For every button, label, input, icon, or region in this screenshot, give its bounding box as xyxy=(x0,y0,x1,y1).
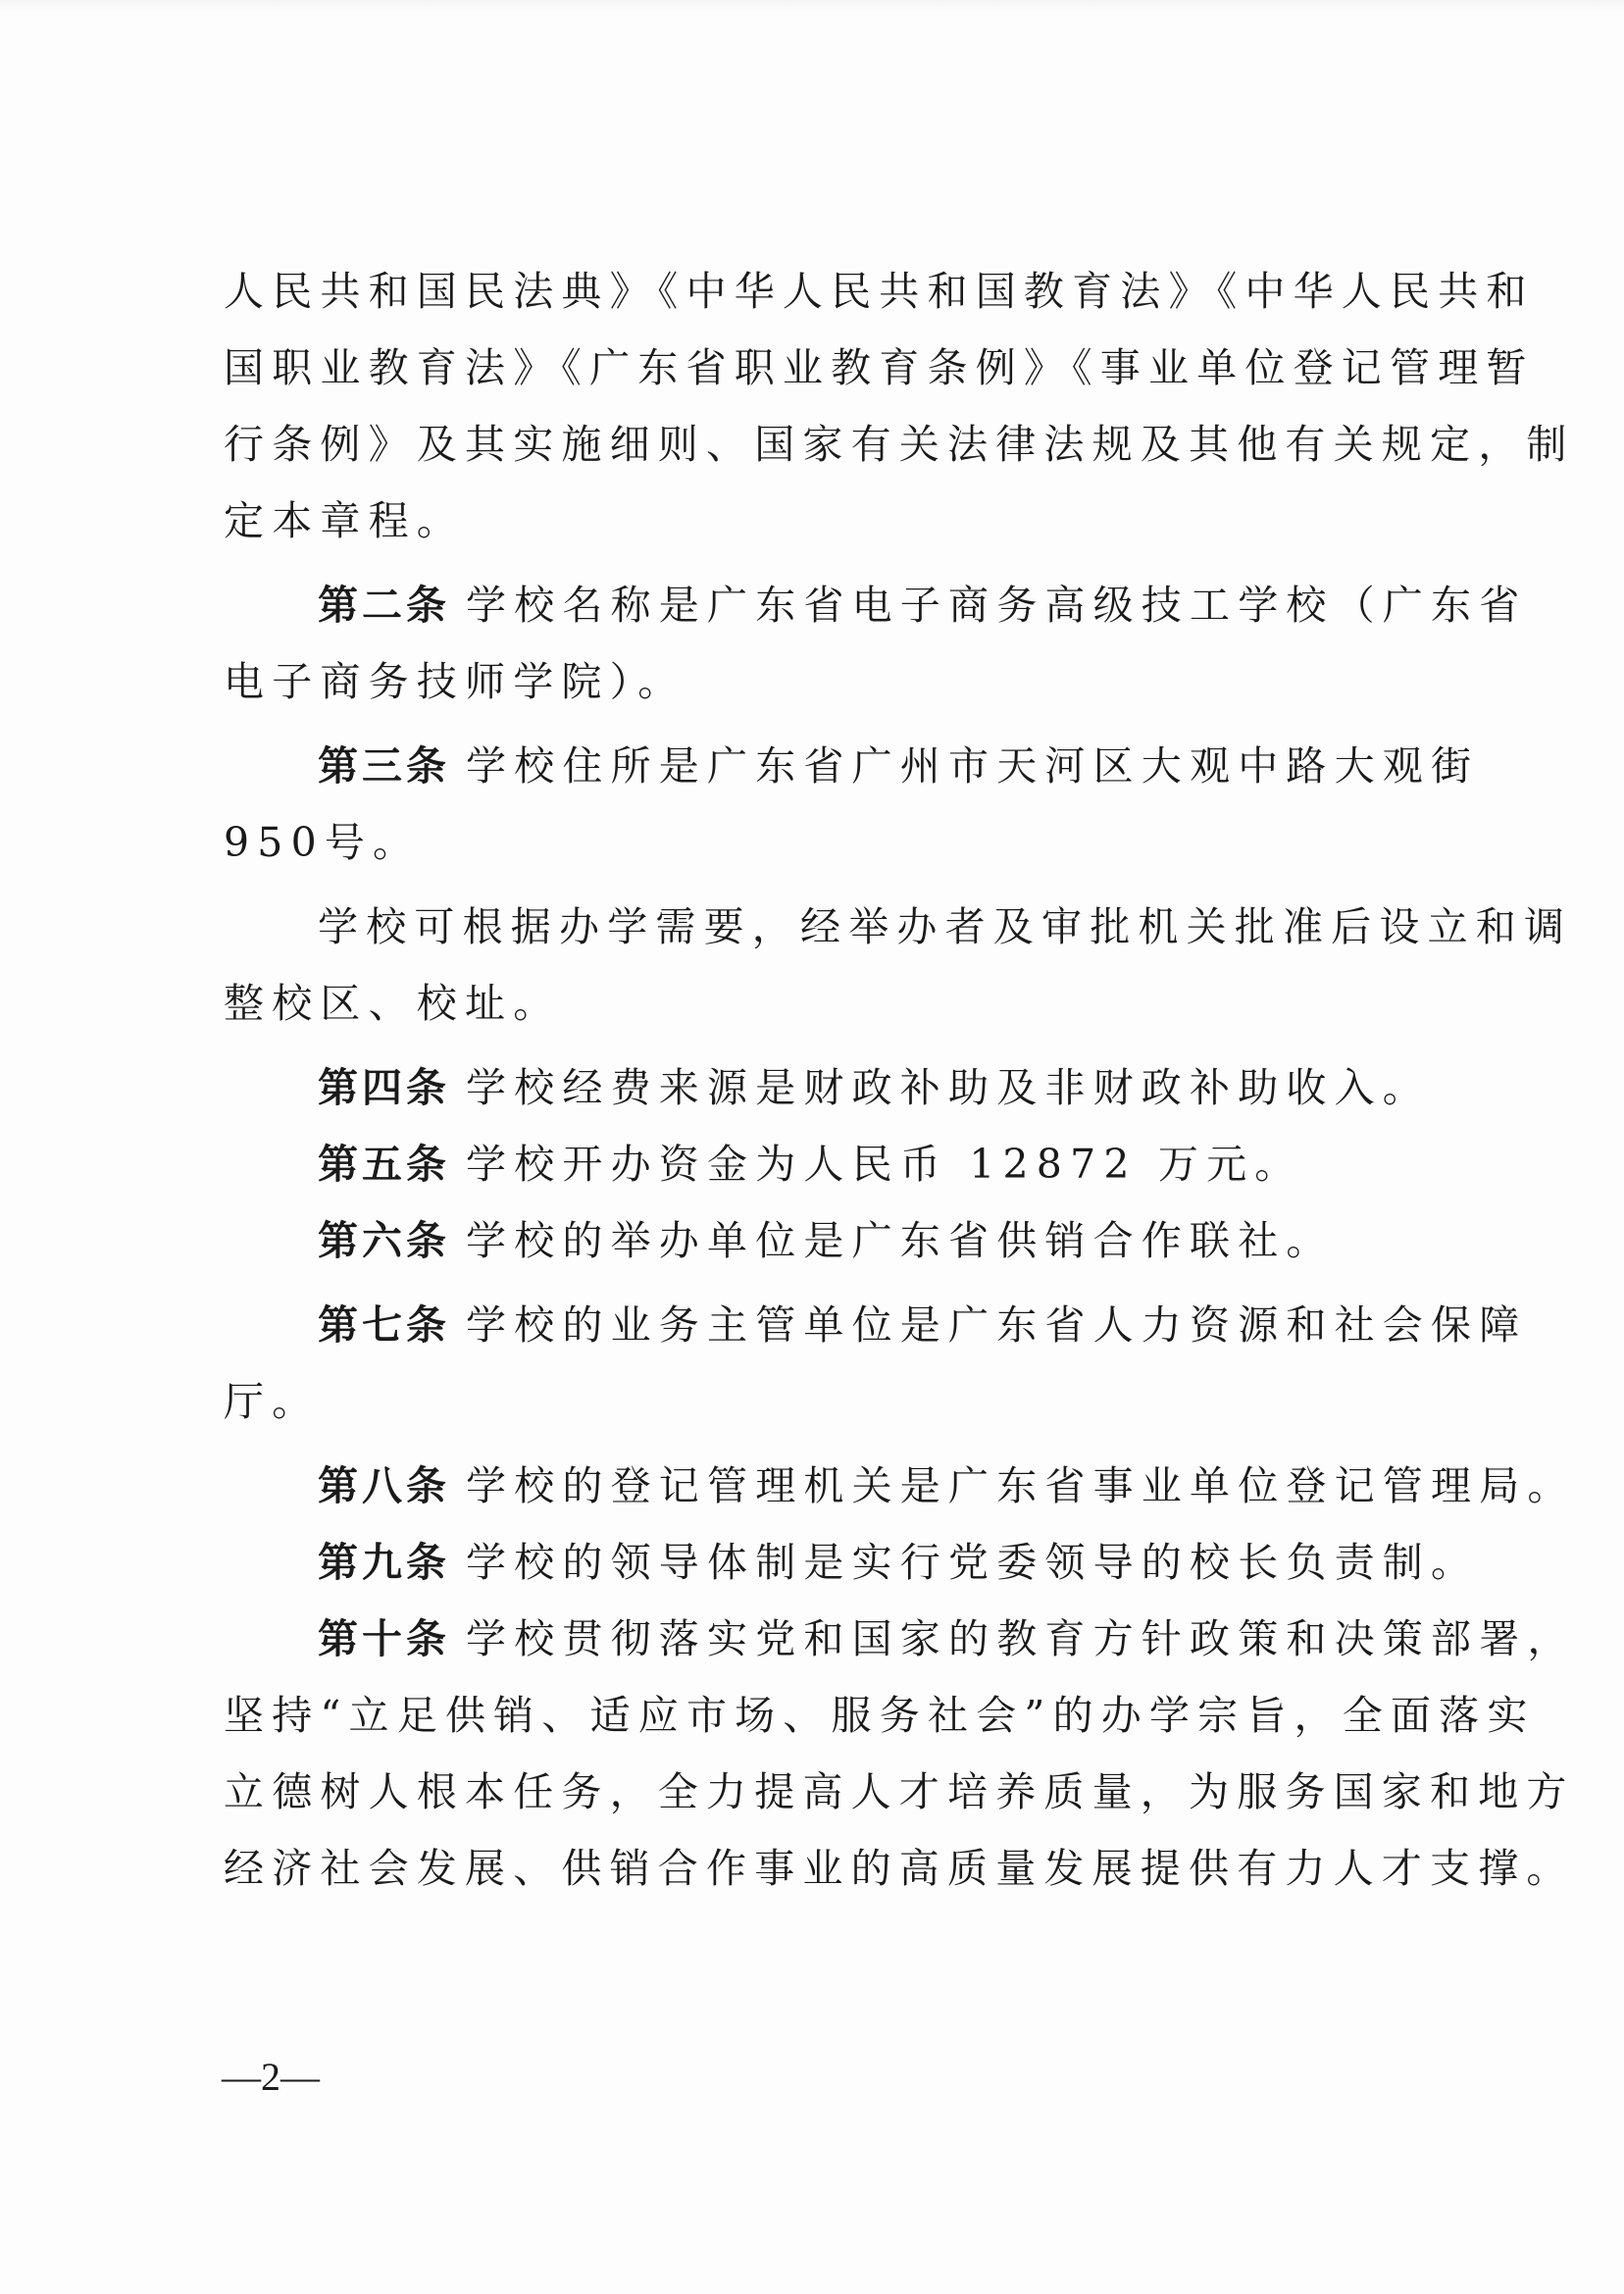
text-line: 第七条学校的业务主管单位是广东省人力资源和社会保障 xyxy=(224,1287,1440,1363)
text-line: 第十条学校贯彻落实党和国家的教育方针政策和决策部署， xyxy=(224,1601,1440,1677)
text-line: 第九条学校的领导体制是实行党委领导的校长负责制。 xyxy=(224,1524,1440,1601)
article-2: 第二条学校名称是广东省电子商务高级技工学校（广东省 电子商务技师学院）。 xyxy=(224,567,1440,720)
text-line: 坚持“立足供销、适应市场、服务社会”的办学宗旨，全面落实 xyxy=(224,1677,1440,1754)
text-line: 第五条学校开办资金为人民币 12872 万元。 xyxy=(224,1126,1440,1202)
article-3-clause-2: 学校可根据办学需要，经举办者及审批机关批准后设立和调 整校区、校址。 xyxy=(224,889,1440,1042)
article-3: 第三条学校住所是广东省广州市天河区大观中路大观街 950号。 xyxy=(224,728,1440,881)
article-number: 第五条 xyxy=(318,1141,450,1188)
page-number: —2— xyxy=(222,2054,320,2100)
article-number: 第八条 xyxy=(318,1462,450,1509)
article-6: 第六条学校的举办单位是广东省供销合作联社。 xyxy=(224,1202,1440,1279)
text-line: 第四条学校经费来源是财政补助及非财政补助收入。 xyxy=(224,1049,1440,1126)
article-10: 第十条学校贯彻落实党和国家的教育方针政策和决策部署， 坚持“立足供销、适应市场、… xyxy=(224,1601,1440,1907)
text-line: 定本章程。 xyxy=(224,483,1440,559)
article-9: 第九条学校的领导体制是实行党委领导的校长负责制。 xyxy=(224,1524,1440,1601)
text-line: 行条例》及其实施细则、国家有关法律法规及其他有关规定，制 xyxy=(224,406,1440,483)
article-number: 第四条 xyxy=(318,1064,450,1111)
scan-edge-artifact xyxy=(0,0,1624,12)
article-4: 第四条学校经费来源是财政补助及非财政补助收入。 xyxy=(224,1049,1440,1126)
text-line: 第八条学校的登记管理机关是广东省事业单位登记管理局。 xyxy=(224,1448,1440,1524)
article-text: 学校的举办单位是广东省供销合作联社。 xyxy=(466,1217,1335,1264)
article-7: 第七条学校的业务主管单位是广东省人力资源和社会保障 厅。 xyxy=(224,1287,1440,1440)
article-text: 学校经费来源是财政补助及非财政补助收入。 xyxy=(466,1064,1431,1111)
paragraph-continuation: 人民共和国民法典》《中华人民共和国教育法》《中华人民共和 国职业教育法》《广东省… xyxy=(224,253,1440,559)
text-line: 电子商务技师学院）。 xyxy=(224,643,1440,720)
text-line: 立德树人根本任务，全力提高人才培养质量，为服务国家和地方 xyxy=(224,1754,1440,1830)
article-text: 学校住所是广东省广州市天河区大观中路大观街 xyxy=(466,742,1479,790)
text-line: 厅。 xyxy=(224,1363,1440,1440)
article-number: 第七条 xyxy=(318,1301,450,1349)
document-page: 人民共和国民法典》《中华人民共和国教育法》《中华人民共和 国职业教育法》《广东省… xyxy=(0,0,1624,2294)
text-line: 第三条学校住所是广东省广州市天河区大观中路大观街 xyxy=(224,728,1440,804)
article-number: 第六条 xyxy=(318,1217,450,1264)
article-text: 学校开办资金为人民币 12872 万元。 xyxy=(466,1141,1303,1188)
article-5: 第五条学校开办资金为人民币 12872 万元。 xyxy=(224,1126,1440,1202)
article-number: 第三条 xyxy=(318,742,450,790)
text-line: 950号。 xyxy=(224,804,1440,881)
article-text: 学校贯彻落实党和国家的教育方针政策和决策部署， xyxy=(466,1615,1576,1662)
text-line: 整校区、校址。 xyxy=(224,965,1440,1042)
document-body: 人民共和国民法典》《中华人民共和国教育法》《中华人民共和 国职业教育法》《广东省… xyxy=(224,253,1440,1907)
text-line: 第二条学校名称是广东省电子商务高级技工学校（广东省 xyxy=(224,567,1440,643)
text-line: 学校可根据办学需要，经举办者及审批机关批准后设立和调 xyxy=(224,889,1440,965)
article-text: 学校名称是广东省电子商务高级技工学校（广东省 xyxy=(466,582,1527,629)
article-number: 第十条 xyxy=(318,1615,450,1662)
article-text: 学校的业务主管单位是广东省人力资源和社会保障 xyxy=(466,1301,1527,1349)
article-number: 第二条 xyxy=(318,582,450,629)
text-line: 经济社会发展、供销合作事业的高质量发展提供有力人才支撑。 xyxy=(224,1830,1440,1907)
text-line: 第六条学校的举办单位是广东省供销合作联社。 xyxy=(224,1202,1440,1279)
text-line: 国职业教育法》《广东省职业教育条例》《事业单位登记管理暂 xyxy=(224,330,1440,406)
article-number: 第九条 xyxy=(318,1539,450,1586)
article-text: 学校的领导体制是实行党委领导的校长负责制。 xyxy=(466,1539,1479,1586)
article-text: 学校的登记管理机关是广东省事业单位登记管理局。 xyxy=(466,1462,1576,1509)
text-line: 人民共和国民法典》《中华人民共和国教育法》《中华人民共和 xyxy=(224,253,1440,330)
article-8: 第八条学校的登记管理机关是广东省事业单位登记管理局。 xyxy=(224,1448,1440,1524)
